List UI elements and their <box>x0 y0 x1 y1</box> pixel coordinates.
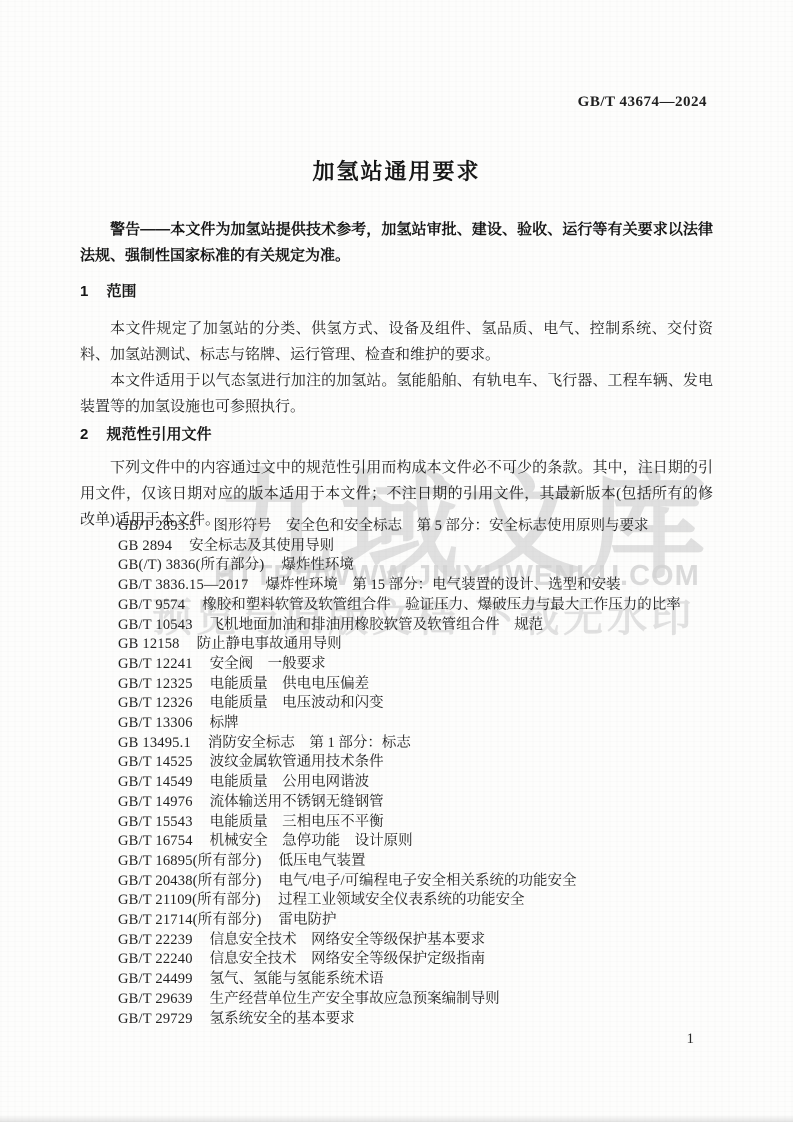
reference-item: GB/T 14549电能质量 公用电网谐波 <box>118 773 713 793</box>
reference-code: GB/T 21714(所有部分) <box>118 912 262 928</box>
reference-title: 防止静电事故通用导则 <box>197 636 342 652</box>
section-2-heading: 2 规范性引用文件 <box>80 426 713 443</box>
reference-code: GB/T 12325 <box>118 676 193 692</box>
reference-code: GB/T 12326 <box>118 695 193 711</box>
reference-item: GB/T 20438(所有部分)电气/电子/可编程电子安全相关系统的功能安全 <box>118 872 713 892</box>
document-title: 加氢站通用要求 <box>0 155 793 186</box>
reference-title: 流体输送用不锈钢无缝钢管 <box>210 794 384 810</box>
reference-code: GB/T 14525 <box>118 754 193 770</box>
section-1-heading: 1 范围 <box>80 283 713 300</box>
section-1-paragraph: 本文件适用于以气态氢进行加注的加氢站。氢能船舶、有轨电车、飞行器、工程车辆、发电… <box>80 368 713 420</box>
reference-item: GB/T 14525波纹金属软管通用技术条件 <box>118 753 713 773</box>
reference-item: GB/T 21109(所有部分)过程工业领域安全仪表系统的功能安全 <box>118 891 713 911</box>
reference-title: 电气/电子/可编程电子安全相关系统的功能安全 <box>279 873 577 889</box>
reference-title: 过程工业领域安全仪表系统的功能安全 <box>278 892 525 908</box>
reference-item: GB 13495.1消防安全标志 第 1 部分：标志 <box>118 734 713 754</box>
reference-code: GB 13495.1 <box>118 735 191 751</box>
reference-item: GB/T 9574橡胶和塑料软管及软管组合件 验证压力、爆破压力与最大工作压力的… <box>118 596 713 616</box>
reference-code: GB/T 16754 <box>118 833 193 849</box>
reference-title: 安全标志及其使用导则 <box>189 538 334 554</box>
reference-title: 电能质量 公用电网谐波 <box>210 774 370 790</box>
reference-code: GB/T 12241 <box>118 656 193 672</box>
reference-title: 机械安全 急停功能 设计原则 <box>210 833 413 849</box>
reference-title: 低压电气装置 <box>279 853 366 869</box>
reference-code: GB/T 21109(所有部分) <box>118 892 261 908</box>
reference-item: GB/T 12325电能质量 供电电压偏差 <box>118 675 713 695</box>
reference-code: GB/T 29639 <box>118 991 193 1007</box>
reference-title: 图形符号 安全色和安全标志 第 5 部分：安全标志使用原则与要求 <box>213 518 648 534</box>
reference-code: GB/T 20438(所有部分) <box>118 873 262 889</box>
reference-title: 信息安全技术 网络安全等级保护定级指南 <box>210 951 486 967</box>
reference-code: GB/T 3836.15—2017 <box>118 577 248 593</box>
reference-code: GB/T 15543 <box>118 814 193 830</box>
reference-title: 安全阀 一般要求 <box>210 656 326 672</box>
reference-title: 氢气、氢能与氢能系统术语 <box>210 971 384 987</box>
reference-code: GB/T 9574 <box>118 597 185 613</box>
reference-title: 飞机地面加油和排油用橡胶软管及软管组合件 规范 <box>210 617 544 633</box>
reference-code: GB/T 2893.5 <box>118 518 196 534</box>
reference-title: 电能质量 三相电压不平衡 <box>210 814 384 830</box>
warning-paragraph: 警告——本文件为加氢站提供技术参考，加氢站审批、建设、验收、运行等有关要求以法律… <box>80 217 713 269</box>
reference-title: 生产经营单位生产安全事故应急预案编制导则 <box>210 991 500 1007</box>
reference-code: GB/T 14549 <box>118 774 193 790</box>
reference-code: GB 12158 <box>118 636 180 652</box>
reference-title: 信息安全技术 网络安全等级保护基本要求 <box>210 932 486 948</box>
reference-code: GB/T 29729 <box>118 1011 193 1027</box>
reference-item: GB/T 12241安全阀 一般要求 <box>118 655 713 675</box>
reference-item: GB/T 21714(所有部分)雷电防护 <box>118 911 713 931</box>
section-2-title: 规范性引用文件 <box>107 426 212 443</box>
reference-title: 雷电防护 <box>279 912 337 928</box>
reference-item: GB/T 29729氢系统安全的基本要求 <box>118 1010 713 1030</box>
reference-title: 标牌 <box>210 715 239 731</box>
reference-code: GB/T 22240 <box>118 951 193 967</box>
reference-title: 电能质量 供电电压偏差 <box>210 676 370 692</box>
reference-item: GB/T 16895(所有部分)低压电气装置 <box>118 852 713 872</box>
reference-item: GB/T 29639生产经营单位生产安全事故应急预案编制导则 <box>118 990 713 1010</box>
reference-item: GB/T 22240信息安全技术 网络安全等级保护定级指南 <box>118 950 713 970</box>
section-1-paragraph: 本文件规定了加氢站的分类、供氢方式、设备及组件、氢品质、电气、控制系统、交付资料… <box>80 316 713 368</box>
reference-title: 消防安全标志 第 1 部分：标志 <box>208 735 411 751</box>
reference-code: GB/T 24499 <box>118 971 193 987</box>
reference-item: GB/T 24499氢气、氢能与氢能系统术语 <box>118 970 713 990</box>
reference-code: GB 2894 <box>118 538 172 554</box>
reference-item: GB 2894安全标志及其使用导则 <box>118 537 713 557</box>
section-1-title: 范围 <box>107 283 137 300</box>
reference-title: 波纹金属软管通用技术条件 <box>210 754 384 770</box>
reference-item: GB(/T) 3836(所有部分)爆炸性环境 <box>118 556 713 576</box>
reference-item: GB/T 2893.5图形符号 安全色和安全标志 第 5 部分：安全标志使用原则… <box>118 517 713 537</box>
reference-code: GB/T 13306 <box>118 715 193 731</box>
document-page: 九域文库 HTTP://WWW.JIUYUWENKU.COM 预览与原版文档 下… <box>0 0 793 1122</box>
reference-item: GB 12158防止静电事故通用导则 <box>118 635 713 655</box>
reference-code: GB(/T) 3836(所有部分) <box>118 557 264 573</box>
reference-item: GB/T 16754机械安全 急停功能 设计原则 <box>118 832 713 852</box>
reference-title: 氢系统安全的基本要求 <box>210 1011 355 1027</box>
section-2-number: 2 <box>80 426 88 443</box>
reference-code: GB/T 22239 <box>118 932 193 948</box>
reference-code: GB/T 14976 <box>118 794 193 810</box>
reference-title: 电能质量 电压波动和闪变 <box>210 695 384 711</box>
section-1-number: 1 <box>80 283 88 300</box>
reference-title: 橡胶和塑料软管及软管组合件 验证压力、爆破压力与最大工作压力的比率 <box>202 597 681 613</box>
reference-item: GB/T 15543电能质量 三相电压不平衡 <box>118 813 713 833</box>
standard-code: GB/T 43674—2024 <box>578 94 707 111</box>
reference-list: GB/T 2893.5图形符号 安全色和安全标志 第 5 部分：安全标志使用原则… <box>80 517 713 1029</box>
document-body: 警告——本文件为加氢站提供技术参考，加氢站审批、建设、验收、运行等有关要求以法律… <box>80 217 713 1029</box>
reference-code: GB/T 10543 <box>118 617 193 633</box>
reference-item: GB/T 14976流体输送用不锈钢无缝钢管 <box>118 793 713 813</box>
reference-title: 爆炸性环境 <box>281 557 354 573</box>
reference-item: GB/T 10543飞机地面加油和排油用橡胶软管及软管组合件 规范 <box>118 616 713 636</box>
reference-item: GB/T 22239信息安全技术 网络安全等级保护基本要求 <box>118 931 713 951</box>
reference-item: GB/T 13306标牌 <box>118 714 713 734</box>
reference-item: GB/T 3836.15—2017爆炸性环境 第 15 部分：电气装置的设计、选… <box>118 576 713 596</box>
reference-code: GB/T 16895(所有部分) <box>118 853 262 869</box>
reference-title: 爆炸性环境 第 15 部分：电气装置的设计、选型和安装 <box>265 577 620 593</box>
reference-item: GB/T 12326电能质量 电压波动和闪变 <box>118 694 713 714</box>
page-number: 1 <box>687 1031 695 1048</box>
